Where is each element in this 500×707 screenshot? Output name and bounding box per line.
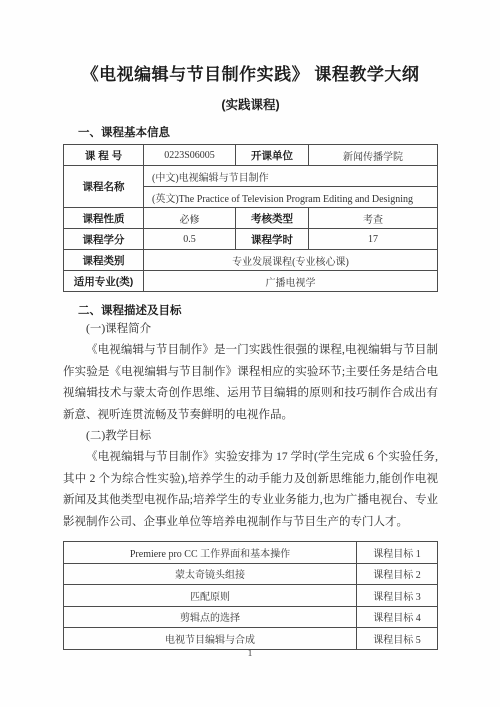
- objective-item-cell: 剪辑点的选择: [64, 606, 357, 628]
- table-row: 课程名称 (中文)电视编辑与节目制作: [64, 166, 438, 187]
- objective-target-cell: 课程目标 3: [357, 585, 438, 607]
- objective-item-cell: Premiere pro CC 工作界面和基本操作: [64, 542, 357, 564]
- objective-item-cell: 电视节目编辑与合成: [64, 628, 357, 650]
- objective-target-cell: 课程目标 4: [357, 606, 438, 628]
- doc-subtitle: (实践课程): [63, 97, 438, 114]
- table-row: 匹配原则 课程目标 3: [64, 585, 438, 607]
- course-intro-paragraph: 《电视编辑与节目制作》是一门实践性很强的课程,电视编辑与节目制作实验是《电视编辑…: [63, 340, 438, 426]
- category-value: 专业发展课程(专业核心课): [144, 250, 438, 271]
- course-name-cn: (中文)电视编辑与节目制作: [144, 166, 438, 187]
- section2-heading: 二、课程描述及目标: [78, 303, 438, 319]
- section1-heading: 一、课程基本信息: [78, 125, 438, 141]
- table-row: 课程类别 专业发展课程(专业核心课): [64, 250, 438, 271]
- objective-target-cell: 课程目标 1: [357, 542, 438, 564]
- teaching-goals-paragraph: 《电视编辑与节目制作》实验安排为 17 学时(学生完成 6 个实验任务,其中 2…: [63, 447, 438, 533]
- credit-label: 课程学分: [64, 229, 144, 250]
- table-row: 剪辑点的选择 课程目标 4: [64, 606, 438, 628]
- course-name-label: 课程名称: [64, 166, 144, 208]
- table-row: 课程学分 0.5 课程学时 17: [64, 229, 438, 250]
- hours-value: 17: [309, 229, 438, 250]
- course-info-table: 课 程 号 0223S06005 开课单位 新闻传播学院 课程名称 (中文)电视…: [63, 144, 438, 292]
- course-name-en: (英文)The Practice of Television Program E…: [144, 187, 438, 208]
- teaching-goals-subheading: (二)教学目标: [63, 426, 438, 447]
- major-label: 适用专业(类): [64, 271, 144, 292]
- assess-label: 考核类型: [236, 208, 309, 229]
- course-no-label: 课 程 号: [64, 145, 144, 166]
- unit-label: 开课单位: [236, 145, 309, 166]
- course-no-value: 0223S06005: [144, 145, 236, 166]
- nature-label: 课程性质: [64, 208, 144, 229]
- objective-target-cell: 课程目标 5: [357, 628, 438, 650]
- hours-label: 课程学时: [236, 229, 309, 250]
- objective-item-cell: 匹配原则: [64, 585, 357, 607]
- table-row: 蒙太奇镜头组接 课程目标 2: [64, 563, 438, 585]
- doc-title: 《电视编辑与节目制作实践》 课程教学大纲: [63, 62, 438, 88]
- objective-item-cell: 蒙太奇镜头组接: [64, 563, 357, 585]
- objective-target-cell: 课程目标 2: [357, 563, 438, 585]
- nature-value: 必修: [144, 208, 236, 229]
- table-row: Premiere pro CC 工作界面和基本操作 课程目标 1: [64, 542, 438, 564]
- course-intro-subheading: (一)课程简介: [63, 319, 438, 340]
- major-value: 广播电视学: [144, 271, 438, 292]
- credit-value: 0.5: [144, 229, 236, 250]
- unit-value: 新闻传播学院: [309, 145, 438, 166]
- assess-value: 考查: [309, 208, 438, 229]
- table-row: 适用专业(类) 广播电视学: [64, 271, 438, 292]
- table-row: 课程性质 必修 考核类型 考查: [64, 208, 438, 229]
- table-row: 课 程 号 0223S06005 开课单位 新闻传播学院: [64, 145, 438, 166]
- course-objectives-table: Premiere pro CC 工作界面和基本操作 课程目标 1 蒙太奇镜头组接…: [63, 541, 438, 650]
- document-page: 《电视编辑与节目制作实践》 课程教学大纲 (实践课程) 一、课程基本信息 课 程…: [0, 0, 500, 707]
- category-label: 课程类别: [64, 250, 144, 271]
- page-number: 1: [0, 649, 500, 659]
- table-row: 电视节目编辑与合成 课程目标 5: [64, 628, 438, 650]
